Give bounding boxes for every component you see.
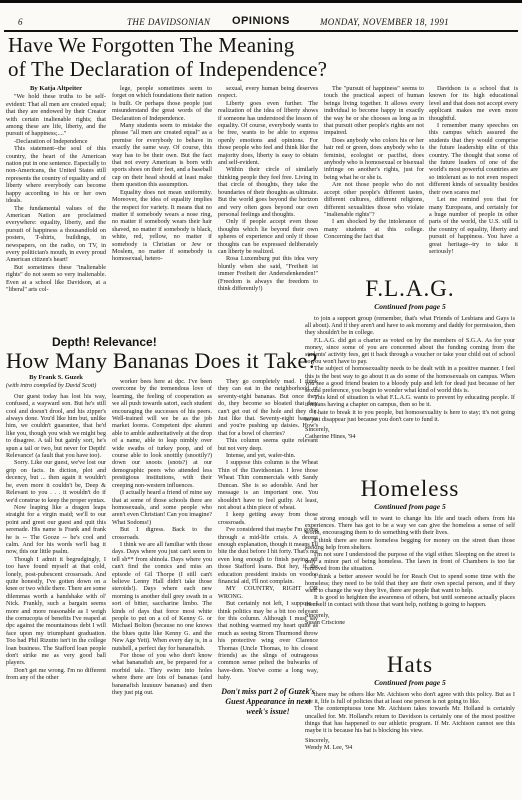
paragraph: For those of you who don't know what ban…	[112, 652, 212, 696]
paragraph: Within their circle of similarly thinkin…	[218, 166, 318, 218]
headline-line-1: Have We Forgotten The Meaning	[8, 33, 368, 57]
paragraph: I am shocked by the intolerance of many …	[324, 218, 424, 240]
paragraph: (I actually heard a friend of mine say t…	[112, 489, 212, 526]
column-text: They go completely mad. I think they can…	[218, 378, 318, 682]
section-title: OPINIONS	[232, 15, 290, 27]
declaration-article-column-3: sexual, every human being deserves respe…	[218, 85, 318, 292]
paragraph: The subject of homosexuality needs to be…	[305, 365, 515, 394]
paragraph: a strong enough will to want to change h…	[305, 515, 515, 537]
letter-homeless-body: a strong enough will to want to change h…	[305, 515, 515, 609]
declaration-article-column-5: Davidson is a school that is known for i…	[429, 85, 518, 255]
letter-hats-title: Hats	[305, 652, 515, 677]
paragraph: Our guest today has lost his way, confus…	[6, 393, 106, 460]
paragraph: Only if people accept even those thought…	[218, 218, 318, 255]
issue-date: MONDAY, NOVEMBER 18, 1991	[320, 17, 449, 27]
paragraph: there may be others like Mr. Atchison wh…	[305, 691, 515, 705]
paragraph: Sorry. Like our guest, we've lost our gr…	[6, 459, 106, 503]
letter-flag-title: F.L.A.G.	[305, 276, 515, 301]
letter-homeless-signature: Sincerely, Susan Criscione	[305, 612, 515, 626]
letter-homeless-title: Homeless	[305, 476, 515, 501]
masthead-rule	[4, 30, 518, 32]
paragraph: Liberty goes even further. The realizati…	[218, 100, 318, 167]
signature-name: Susan Criscione	[305, 619, 515, 626]
paragraph: Though I admit it begrudgingly, I too ha…	[6, 556, 106, 667]
bananas-article-kicker: Depth! Relevance!	[52, 335, 157, 349]
paragraph: Let me remind you that for many European…	[429, 196, 518, 255]
headline-line-2: of The Declaration of Independence?	[8, 57, 368, 81]
paragraph: -Declaration of Independence	[6, 138, 106, 145]
letter-flag-signature: Sincerely, Catherine Hines, '94	[305, 426, 515, 440]
paragraph: sexual, every human being deserves respe…	[218, 85, 318, 100]
continued-from-note: Continued from page 5	[305, 678, 515, 687]
paragraph: This kind of situation is what F.L.A.G. …	[305, 394, 515, 408]
continued-from-note: Continued from page 5	[305, 302, 515, 311]
paragraph: I've considered that maybe I'm going thr…	[218, 526, 318, 585]
next-issue-promo: Don't miss part 2 of Guzek's Guest Appea…	[218, 687, 318, 717]
letter-hats: Hats Continued from page 5 there may be …	[305, 652, 515, 752]
letter-hats-body: there may be others like Mr. Atchison wh…	[305, 691, 515, 734]
paragraph: The fundamental values of the American N…	[6, 205, 106, 264]
bananas-article-column-1: By Frank S. Guzek (with intro compiled b…	[6, 374, 106, 682]
paragraph: Now leaping like a dragon leaps straight…	[6, 504, 106, 556]
paragraph: Equality does not mean uniformity. Moreo…	[112, 189, 212, 263]
paragraph: Don't get me wrong. I'm no different fro…	[6, 667, 106, 682]
letter-flag: F.L.A.G. Continued from page 5 to join a…	[305, 276, 515, 440]
bananas-article-column-3: They go completely mad. I think they can…	[218, 378, 318, 717]
column-text: "We hold these truths to be self-evident…	[6, 93, 106, 293]
signature-name: Catherine Hines, '94	[305, 433, 515, 440]
bananas-article-byline: By Frank S. Guzek	[6, 374, 106, 381]
column-text: Our guest today has lost his way, confus…	[6, 393, 106, 682]
paragraph: lege, people sometimes seem to forget on…	[112, 85, 212, 122]
paragraph: Many students seem to mistake the phrase…	[112, 122, 212, 189]
newspaper-page: { "header": { "page_number": "6", "newsp…	[0, 0, 522, 800]
paragraph: It is good to heighten the awareness of …	[305, 594, 515, 608]
paragraph: The "pursuit of happiness" seems to touc…	[324, 85, 424, 137]
paragraph: But certainly not left, I suppose. I thi…	[218, 600, 318, 681]
paragraph: I hate to break it to you people, but ho…	[305, 409, 515, 423]
bananas-article-headline: How Many Bananas Does it Take?	[6, 348, 326, 374]
letter-homeless: Homeless Continued from page 5 a strong …	[305, 476, 515, 626]
page-number: 6	[18, 17, 23, 27]
declaration-article-column-2: lege, people sometimes seem to forget on…	[112, 85, 212, 263]
paragraph: I remember many speeches on this campus …	[429, 122, 518, 196]
declaration-article-byline: By Katja Altpeiter	[6, 85, 106, 92]
paragraph: I think a better answer would be for Rea…	[305, 573, 515, 595]
letter-flag-body: to join a support group (remember, that'…	[305, 315, 515, 423]
declaration-article-column-1: By Katja Altpeiter "We hold these truths…	[6, 85, 106, 293]
bananas-article-column-2: worker bees here at dpc. I've been overc…	[112, 378, 212, 696]
signoff: Sincerely,	[305, 737, 515, 744]
newspaper-name: THE DAVIDSONIAN	[127, 17, 210, 27]
paragraph: Davidson is a school that is known for i…	[429, 85, 518, 122]
paragraph: I think there are more homeless begging …	[305, 537, 515, 551]
paragraph: The contemptuous tone Mr. Atchison takes…	[305, 705, 515, 734]
paragraph: I suppose this column is the Wheat Thin …	[218, 459, 318, 511]
paragraph: I'm not sure I understood the purpose of…	[305, 551, 515, 573]
paragraph: F.L.A.G. did get a charter as voted on b…	[305, 337, 515, 366]
paragraph: I keep getting away from those crossroad…	[218, 511, 318, 526]
paragraph: But sometimes these "inalienable rights"…	[6, 264, 106, 294]
paragraph: I think we are all familiar with those d…	[112, 541, 212, 652]
signature-name: Wendy M. Lee, '94	[305, 744, 515, 751]
paragraph: Rosa Luxemburg put this idea very bluntl…	[218, 255, 318, 292]
paragraph: "We hold these truths to be self-evident…	[6, 93, 106, 137]
paragraph: But I digress. Back to the crossroads.	[112, 526, 212, 541]
declaration-article-column-4: The "pursuit of happiness" seems to touc…	[324, 85, 424, 241]
signoff: Sincerely,	[305, 612, 515, 619]
paragraph: worker bees here at dpc. I've been overc…	[112, 378, 212, 489]
signoff: Sincerely,	[305, 426, 515, 433]
scan-top-edge	[0, 0, 522, 3]
paragraph: MY COUNTRY, RIGHT OR WRONG.	[218, 585, 318, 600]
paragraph: to join a support group (remember, that'…	[305, 315, 515, 337]
bananas-article-intro-credit: (with intro compiled by David Scott)	[6, 382, 106, 389]
continued-from-note: Continued from page 5	[305, 502, 515, 511]
paragraph: Intense, and yet, wafer-thin.	[218, 452, 318, 459]
letter-hats-signature: Sincerely, Wendy M. Lee, '94	[305, 737, 515, 751]
declaration-article-headline: Have We Forgotten The Meaning of The Dec…	[8, 33, 368, 81]
paragraph: Are not those people who do not accept o…	[324, 181, 424, 218]
paragraph: Does anybody who colors his or her hair …	[324, 137, 424, 181]
paragraph: This statement--the soul of this country…	[6, 145, 106, 204]
paragraph: They go completely mad. I think they can…	[218, 378, 318, 437]
paragraph: This column seems quite relevant but not…	[218, 437, 318, 452]
